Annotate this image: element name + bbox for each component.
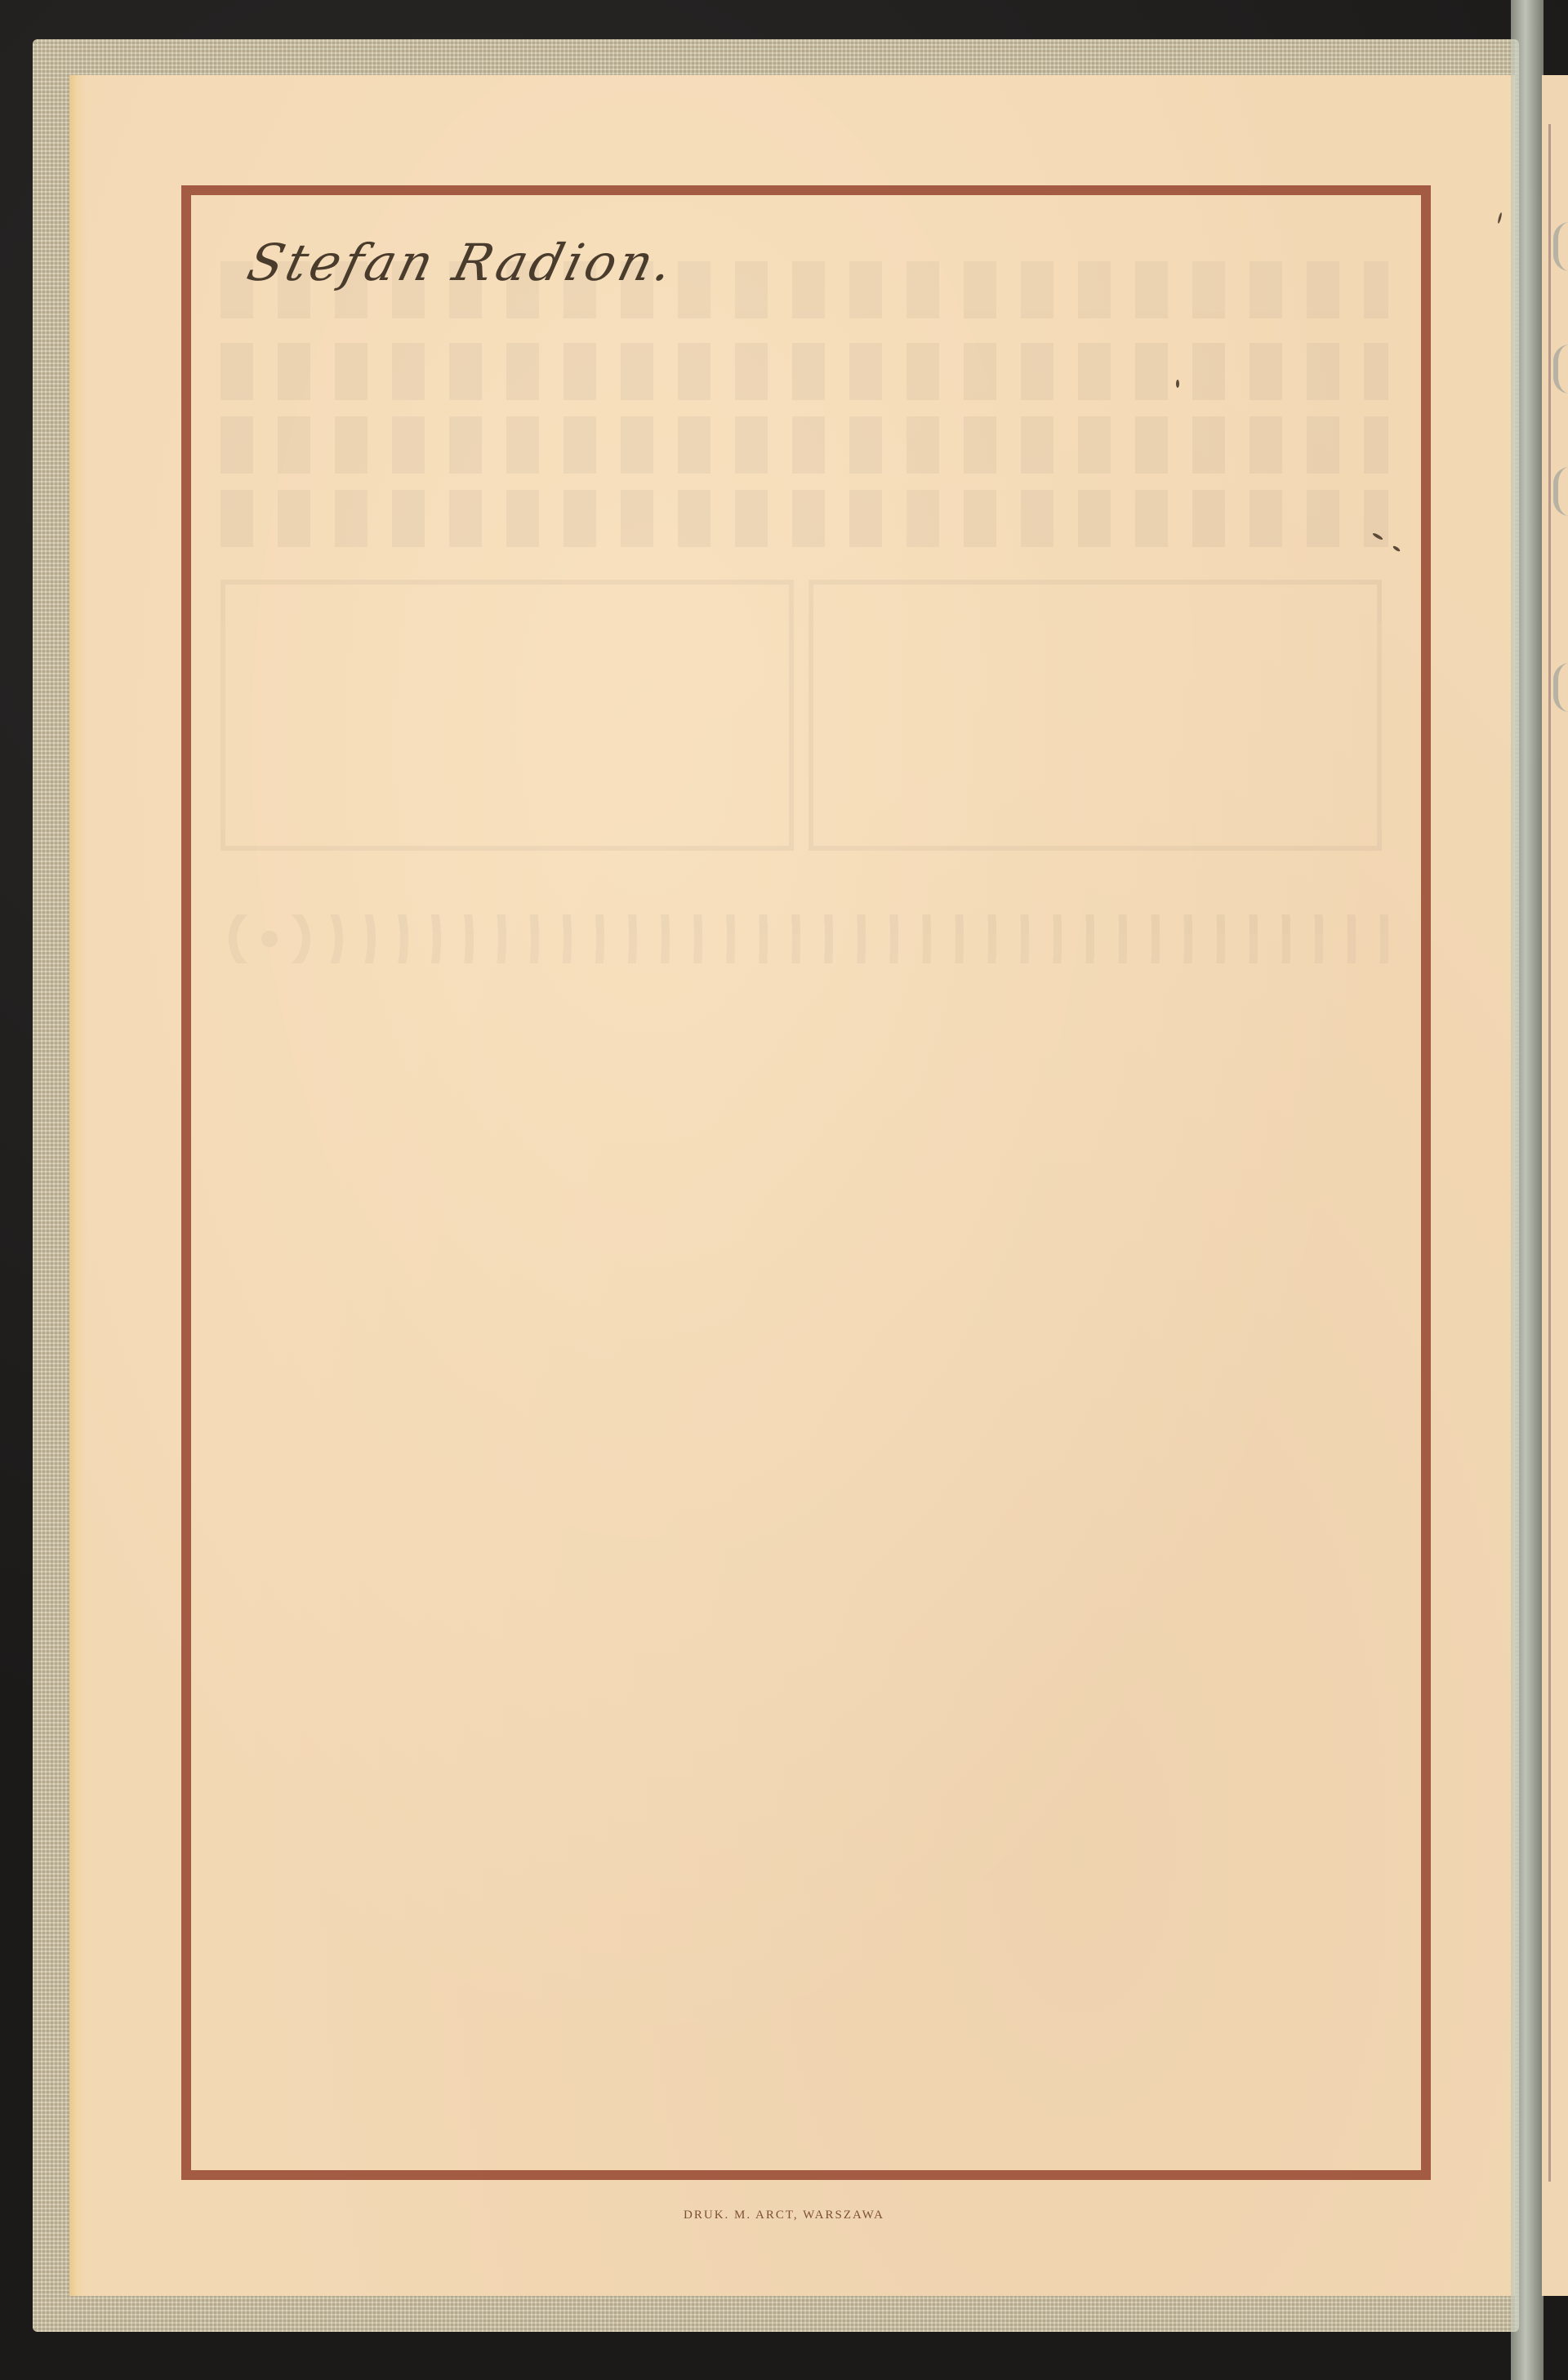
facing-page-ornament xyxy=(1553,663,1568,712)
decorative-frame-border xyxy=(181,185,1431,2180)
facing-page-ornament xyxy=(1553,345,1568,394)
owner-signature: Stefan Radion. xyxy=(242,233,682,292)
book-gutter xyxy=(1511,0,1543,2380)
facing-page-ornament xyxy=(1553,467,1568,516)
printer-imprint: DRUK. M. ARCT, WARSZAWA xyxy=(0,2209,1568,2222)
page-edge-shadow xyxy=(69,75,86,2296)
facing-page-frame-line xyxy=(1548,124,1551,2182)
facing-page-sliver xyxy=(1542,75,1568,2296)
ink-speck xyxy=(1176,380,1179,388)
facing-page-ornament xyxy=(1553,222,1568,271)
book-scan: Stefan Radion. DRUK. M. ARCT, WARSZAWA xyxy=(0,0,1568,2380)
